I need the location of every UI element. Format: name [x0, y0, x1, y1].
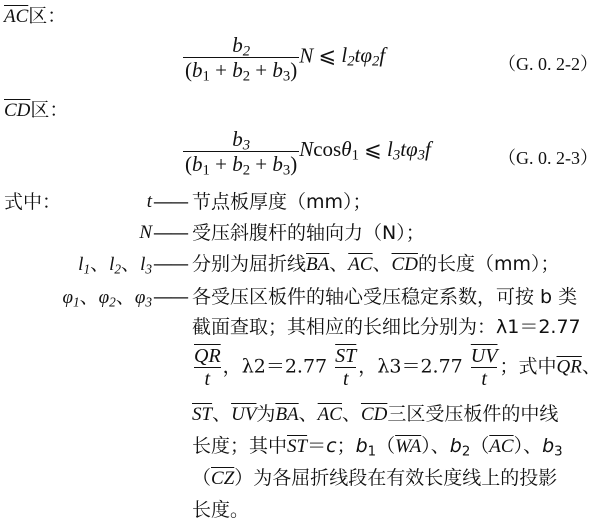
- lambda-3: λ3＝2.77: [377, 356, 462, 378]
- segment-ba: BA: [306, 254, 329, 275]
- zone-suffix: 区：: [30, 99, 68, 121]
- segment-cd-label: CD: [4, 100, 30, 121]
- phi-line-5: 长度；其中ST＝c；b1（WA）、b2（AC）、b3: [192, 432, 563, 461]
- leq-relation: ⩽: [364, 137, 382, 161]
- definition-text: 节点板厚度（mm）；: [192, 188, 372, 216]
- zone-suffix: 区：: [28, 5, 66, 27]
- fraction-uv-over-t: UVt: [471, 345, 498, 390]
- symbol-n: N: [0, 219, 152, 247]
- section-heading-ac: AC区：: [4, 2, 66, 31]
- fraction-st-over-t: STt: [335, 345, 356, 390]
- symbol-l1-l2-l3: l1、l2、l3: [0, 250, 152, 279]
- denominator: (b1 + b2 + b3): [183, 58, 299, 82]
- segment-cd: CD: [392, 254, 418, 275]
- leq-relation: ⩽: [318, 43, 336, 67]
- segment-ac-label: AC: [4, 6, 28, 27]
- em-dash: ——: [153, 250, 187, 278]
- rhs-expression: l3tφ3f: [387, 137, 431, 161]
- lambda-2: λ2＝2.77: [242, 356, 327, 378]
- phi-line-1: 各受压区板件的轴心受压稳定系数，可按 b 类: [192, 283, 577, 311]
- em-dash: ——: [153, 219, 187, 247]
- phi-line-2: 截面查取；其相应的长细比分别为：λ1＝2.77: [192, 313, 581, 341]
- ncos-term: Ncosθ1: [299, 137, 359, 161]
- phi-line-7: 长度。: [192, 496, 249, 523]
- symbol-t: t: [0, 188, 152, 216]
- phi-line-6: （CZ）为各屈折线段在有效长度线上的投影: [192, 464, 557, 493]
- fraction-qr-over-t: QRt: [194, 345, 221, 390]
- equation-number: （G. 0. 2-3）: [498, 144, 598, 170]
- fraction: b2 (b1 + b2 + b3): [183, 33, 299, 82]
- em-dash: ——: [153, 188, 187, 216]
- definition-text: 受压斜腹杆的轴向力（N）；: [192, 219, 425, 247]
- segment-ac: AC: [348, 254, 372, 275]
- phi-line-3: QRt，λ2＝2.77 STt，λ3＝2.77 UVt；式中QR、: [192, 345, 600, 390]
- equation-number: （G. 0. 2-2）: [498, 50, 598, 76]
- fraction: b3 (b1 + b2 + b3): [183, 127, 299, 176]
- numerator: b2: [183, 33, 299, 58]
- axial-force-symbol: N: [299, 43, 313, 67]
- rhs-expression: l2tφ2f: [341, 43, 385, 67]
- phi-line-4: ST、UV为BA、AC、CD三区受压板件的中线: [192, 400, 558, 429]
- denominator: (b1 + b2 + b3): [183, 152, 299, 176]
- numerator: b3: [183, 127, 299, 152]
- definition-text: 分别为屈折线BA、AC、CD的长度（mm）；: [192, 250, 559, 279]
- equation-g-0-2-3: b3 (b1 + b2 + b3) Ncosθ1 ⩽ l3tφ3f: [183, 127, 431, 176]
- section-heading-cd: CD区：: [4, 96, 68, 125]
- equation-g-0-2-2: b2 (b1 + b2 + b3) N ⩽ l2tφ2f: [183, 33, 385, 82]
- em-dash: ——: [153, 283, 187, 311]
- symbol-phi1-phi2-phi3: φ1、φ2、φ3: [0, 283, 152, 312]
